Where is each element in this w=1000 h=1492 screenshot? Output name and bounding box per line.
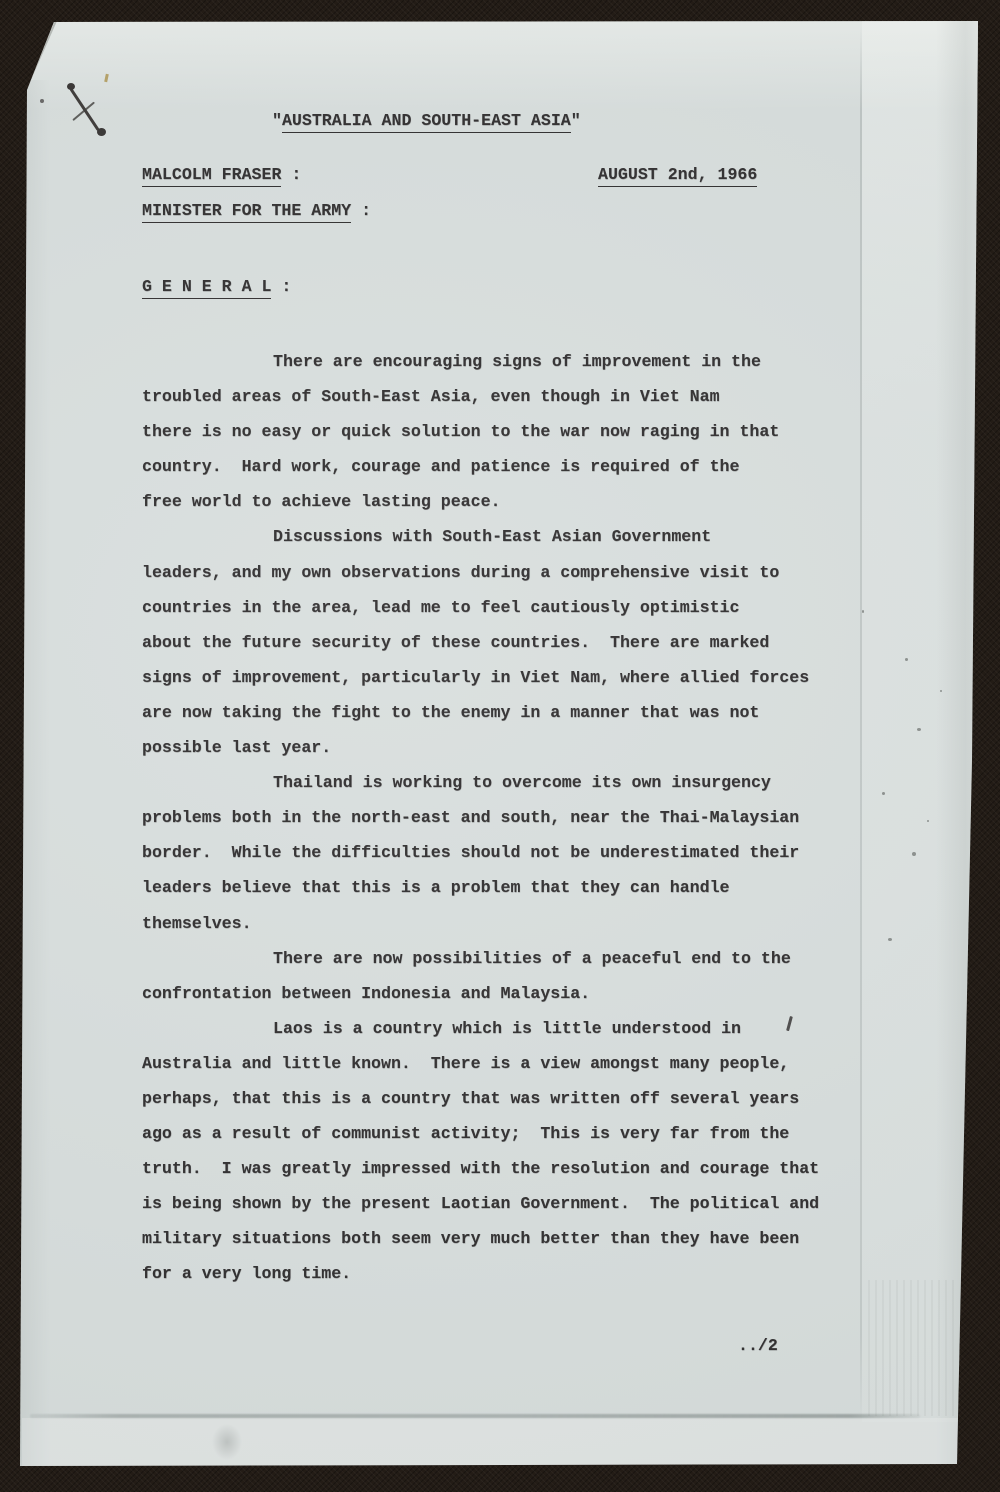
title-close-quote: " (571, 111, 581, 130)
paragraph: Laos is a country which is little unders… (142, 1011, 852, 1292)
body-line: There are encouraging signs of improveme… (142, 344, 852, 379)
body-line: free world to achieve lasting peace. (142, 484, 852, 519)
body-line: Australia and little known. There is a v… (142, 1046, 852, 1081)
body-line: leaders, and my own observations during … (142, 555, 852, 590)
page-number-marker: ../2 (738, 1336, 778, 1355)
document-page: "AUSTRALIA AND SOUTH-EAST ASIA" MALCOLM … (0, 0, 1000, 1492)
paper-speck (862, 610, 864, 613)
body-line: There are now possibilities of a peacefu… (142, 941, 852, 976)
body-line: countries in the area, lead me to feel c… (142, 590, 852, 625)
section-heading-text: G E N E R A L (142, 277, 271, 299)
fold-crease-line (25, 20, 57, 89)
body-line: border. While the difficulties should no… (142, 835, 852, 870)
scanned-document: "AUSTRALIA AND SOUTH-EAST ASIA" MALCOLM … (0, 0, 1000, 1492)
bottom-sheet-band (22, 1418, 958, 1466)
paper-speck (940, 690, 942, 692)
paper-left-shading (20, 80, 50, 1466)
author-name: MALCOLM FRASER (142, 165, 281, 187)
date-text: AUGUST 2nd, 1966 (598, 165, 757, 187)
role-colon: : (361, 201, 371, 220)
staple-mark (72, 101, 95, 121)
paragraph: There are now possibilities of a peacefu… (142, 941, 852, 1011)
author-role: MINISTER FOR THE ARMY (142, 201, 351, 223)
paper-speck (882, 792, 885, 795)
staple-hole-mark (67, 83, 75, 90)
body-line: is being shown by the present Laotian Go… (142, 1186, 852, 1221)
body-line: problems both in the north-east and sout… (142, 800, 852, 835)
vertical-crease (860, 26, 862, 1418)
author-line: MALCOLM FRASER : (142, 165, 301, 184)
scan-streaks (868, 1280, 958, 1416)
body-line: signs of improvement, particularly in Vi… (142, 660, 852, 695)
body-line: there is no easy or quick solution to th… (142, 414, 852, 449)
body-line: leaders believe that this is a problem t… (142, 870, 852, 905)
title-text: AUSTRALIA AND SOUTH-EAST ASIA (282, 111, 571, 133)
paper-speck (912, 852, 916, 856)
paper-blemish (40, 99, 44, 103)
document-date: AUGUST 2nd, 1966 (598, 165, 757, 184)
body-line: ago as a result of communist activity; T… (142, 1116, 852, 1151)
section-heading-colon: : (281, 277, 291, 296)
paragraph: Discussions with South-East Asian Govern… (142, 519, 852, 765)
author-role-line: MINISTER FOR THE ARMY : (142, 201, 371, 220)
paragraph: There are encouraging signs of improveme… (142, 344, 852, 519)
body-line: Discussions with South-East Asian Govern… (142, 519, 852, 554)
staple-hole-mark (97, 128, 106, 136)
paragraph: Thailand is working to overcome its own … (142, 765, 852, 940)
paper-speck (927, 820, 929, 822)
paper-speck (917, 728, 921, 731)
body-line: possible last year. (142, 730, 852, 765)
body-line: military situations both seem very much … (142, 1221, 852, 1256)
body-line: perhaps, that this is a country that was… (142, 1081, 852, 1116)
paper-smudge (212, 1424, 242, 1460)
paper-fleck (104, 74, 109, 82)
body-line: themselves. (142, 906, 852, 941)
body-line: confrontation between Indonesia and Mala… (142, 976, 852, 1011)
body-line: truth. I was greatly impressed with the … (142, 1151, 852, 1186)
underlying-sheet-edge (862, 20, 978, 1422)
body-line: for a very long time. (142, 1256, 852, 1291)
title-open-quote: " (272, 111, 282, 130)
document-body: There are encouraging signs of improveme… (142, 344, 852, 1292)
paper-speck (888, 938, 892, 941)
paper-right-shading (936, 20, 978, 1466)
author-colon: : (291, 165, 301, 184)
body-line: are now taking the fight to the enemy in… (142, 695, 852, 730)
body-line: Thailand is working to overcome its own … (142, 765, 852, 800)
document-title: "AUSTRALIA AND SOUTH-EAST ASIA" (272, 111, 581, 130)
section-heading: G E N E R A L : (142, 277, 291, 296)
paper-light-band (20, 20, 978, 110)
paper-speck (905, 658, 908, 661)
body-line: country. Hard work, courage and patience… (142, 449, 852, 484)
horizontal-crease (30, 1414, 920, 1418)
body-line: troubled areas of South-East Asia, even … (142, 379, 852, 414)
folded-corner (27, 21, 57, 89)
staple-mark (70, 88, 100, 131)
body-line: Laos is a country which is little unders… (142, 1011, 852, 1046)
body-line: about the future security of these count… (142, 625, 852, 660)
